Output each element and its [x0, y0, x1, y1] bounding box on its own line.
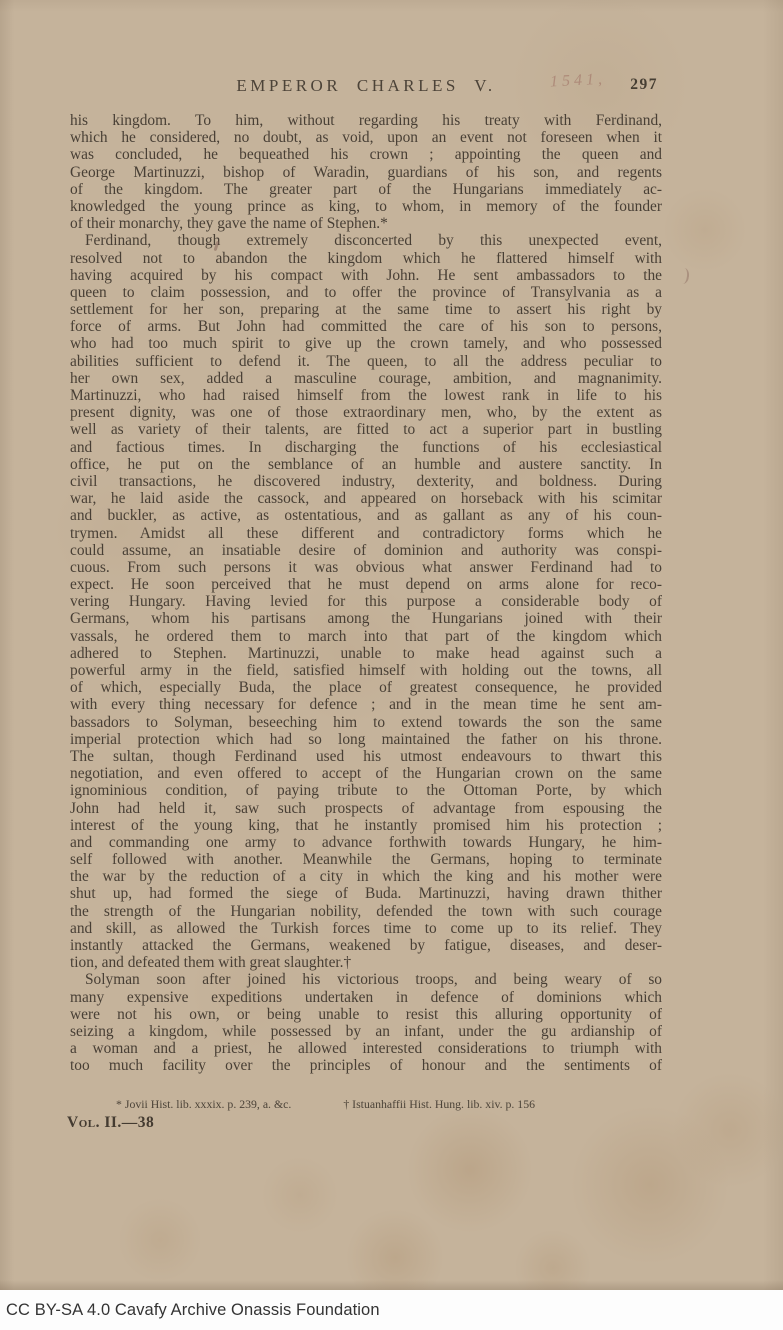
page-content: EMPEROR CHARLES V. 1541, 297 his kingdom…: [70, 0, 662, 1132]
text-line: of the kingdom. The greater part of the …: [70, 181, 662, 198]
text-line: cuous. From such persons it was obvious …: [70, 559, 662, 576]
text-line: present dignity, was one of those extrao…: [70, 404, 662, 421]
text-line: war, he laid aside the cassock, and appe…: [70, 490, 662, 507]
text-line: force of arms. But John had committed th…: [70, 318, 662, 335]
text-line: was concluded, he bequeathed his crown ;…: [70, 146, 662, 163]
attribution-bar: CC BY-SA 4.0 Cavafy Archive Onassis Foun…: [0, 1290, 783, 1330]
footnote-dagger: † Istuanhaffii Hist. Hung. lib. xiv. p. …: [343, 1097, 535, 1112]
text-line: and buckler, as active, as ostentatious,…: [70, 507, 662, 524]
text-line: Solyman soon after joined his victorious…: [70, 971, 662, 988]
text-line: and commanding one army to advance forth…: [70, 834, 662, 851]
paragraph: Solyman soon after joined his victorious…: [70, 971, 662, 1074]
text-line: Martinuzzi, who had raised himself from …: [70, 387, 662, 404]
pen-mark-paren: [679, 268, 690, 285]
text-line: Germans, whom his partisans among the Hu…: [70, 610, 662, 627]
text-line: vering Hungary. Having levied for this p…: [70, 593, 662, 610]
body-text: his kingdom. To him, without regarding h…: [70, 112, 662, 1075]
text-line: seizing a kingdom, while possessed by an…: [70, 1023, 662, 1040]
text-line: and skill, as allowed the Turkish forces…: [70, 920, 662, 937]
text-line: which he considered, no doubt, as void, …: [70, 129, 662, 146]
text-line: expect. He soon perceived that he must d…: [70, 576, 662, 593]
text-line: trymen. Amidst all these different and c…: [70, 525, 662, 542]
text-line: her own sex, added a masculine courage, …: [70, 370, 662, 387]
text-line: instantly attacked the Germans, weakened…: [70, 937, 662, 954]
volume-signature: Vol. II.—38: [67, 1114, 662, 1132]
text-line: his kingdom. To him, without regarding h…: [70, 112, 662, 129]
text-line: John had held it, saw such prospects of …: [70, 800, 662, 817]
paragraph: his kingdom. To him, without regarding h…: [70, 112, 662, 232]
text-line: tion, and defeated them with great slaug…: [70, 954, 662, 971]
book-page-scan: EMPEROR CHARLES V. 1541, 297 his kingdom…: [0, 0, 783, 1290]
text-line: office, he put on the semblance of an hu…: [70, 456, 662, 473]
text-line: and factious times. In discharging the f…: [70, 439, 662, 456]
text-line: The sultan, though Ferdinand used his ut…: [70, 748, 662, 765]
text-line: self followed with another. Meanwhile th…: [70, 851, 662, 868]
text-line: the strength of the Hungarian nobility, …: [70, 903, 662, 920]
text-line: civil transactions, he discovered indust…: [70, 473, 662, 490]
text-line: interest of the young king, that he inst…: [70, 817, 662, 834]
text-line: George Martinuzzi, bishop of Waradin, gu…: [70, 164, 662, 181]
page-number: 297: [630, 76, 658, 94]
footnotes: * Jovii Hist. lib. xxxix. p. 239, a. &c.…: [70, 1097, 662, 1112]
text-line: the war by the reduction of a city in wh…: [70, 868, 662, 885]
text-line: well as variety of their talents, are fi…: [70, 421, 662, 438]
text-line: a woman and a priest, he allowed interes…: [70, 1040, 662, 1057]
handwritten-year-annotation: 1541,: [550, 71, 607, 92]
text-line: settlement for her son, preparing at the…: [70, 301, 662, 318]
text-line: many expensive expeditions undertaken in…: [70, 989, 662, 1006]
running-title: EMPEROR CHARLES V.: [236, 76, 495, 96]
text-line: shut up, had formed the siege of Buda. M…: [70, 885, 662, 902]
page-header: EMPEROR CHARLES V. 1541, 297: [70, 0, 662, 97]
text-line: ignominious condition, of paying tribute…: [70, 782, 662, 799]
text-line: too much facility over the principles of…: [70, 1057, 662, 1074]
text-line: were not his own, or being unable to res…: [70, 1006, 662, 1023]
text-line: abilities sufficient to defend it. The q…: [70, 353, 662, 370]
text-line: could assume, an insatiable desire of do…: [70, 542, 662, 559]
paragraph: Ferdinand, though extremely disconcerted…: [70, 232, 662, 971]
text-line: vassals, he ordered them to march into t…: [70, 628, 662, 645]
text-line: who had too much spirit to give up the c…: [70, 335, 662, 352]
text-line: negotiation, and even offered to accept …: [70, 765, 662, 782]
text-line: bassadors to Solyman, beseeching him to …: [70, 714, 662, 731]
text-line: with every thing necessary for defence ;…: [70, 696, 662, 713]
text-line: resolved not to abandon the kingdom whic…: [70, 250, 662, 267]
text-line: of which, especially Buda, the place of …: [70, 679, 662, 696]
text-line: Ferdinand, though extremely disconcerted…: [70, 232, 662, 249]
footnote-asterisk: * Jovii Hist. lib. xxxix. p. 239, a. &c.: [116, 1097, 291, 1112]
text-line: having acquired by his compact with John…: [70, 267, 662, 284]
text-line: knowledged the young prince as king, to …: [70, 198, 662, 215]
text-line: queen to claim possession, and to offer …: [70, 284, 662, 301]
text-line: powerful army in the field, satisfied hi…: [70, 662, 662, 679]
text-line: of their monarchy, they gave the name of…: [70, 215, 662, 232]
license-text: CC BY-SA 4.0 Cavafy Archive Onassis Foun…: [6, 1301, 380, 1320]
text-line: adhered to Stephen. Martinuzzi, unable t…: [70, 645, 662, 662]
text-line: imperial protection which had so long ma…: [70, 731, 662, 748]
